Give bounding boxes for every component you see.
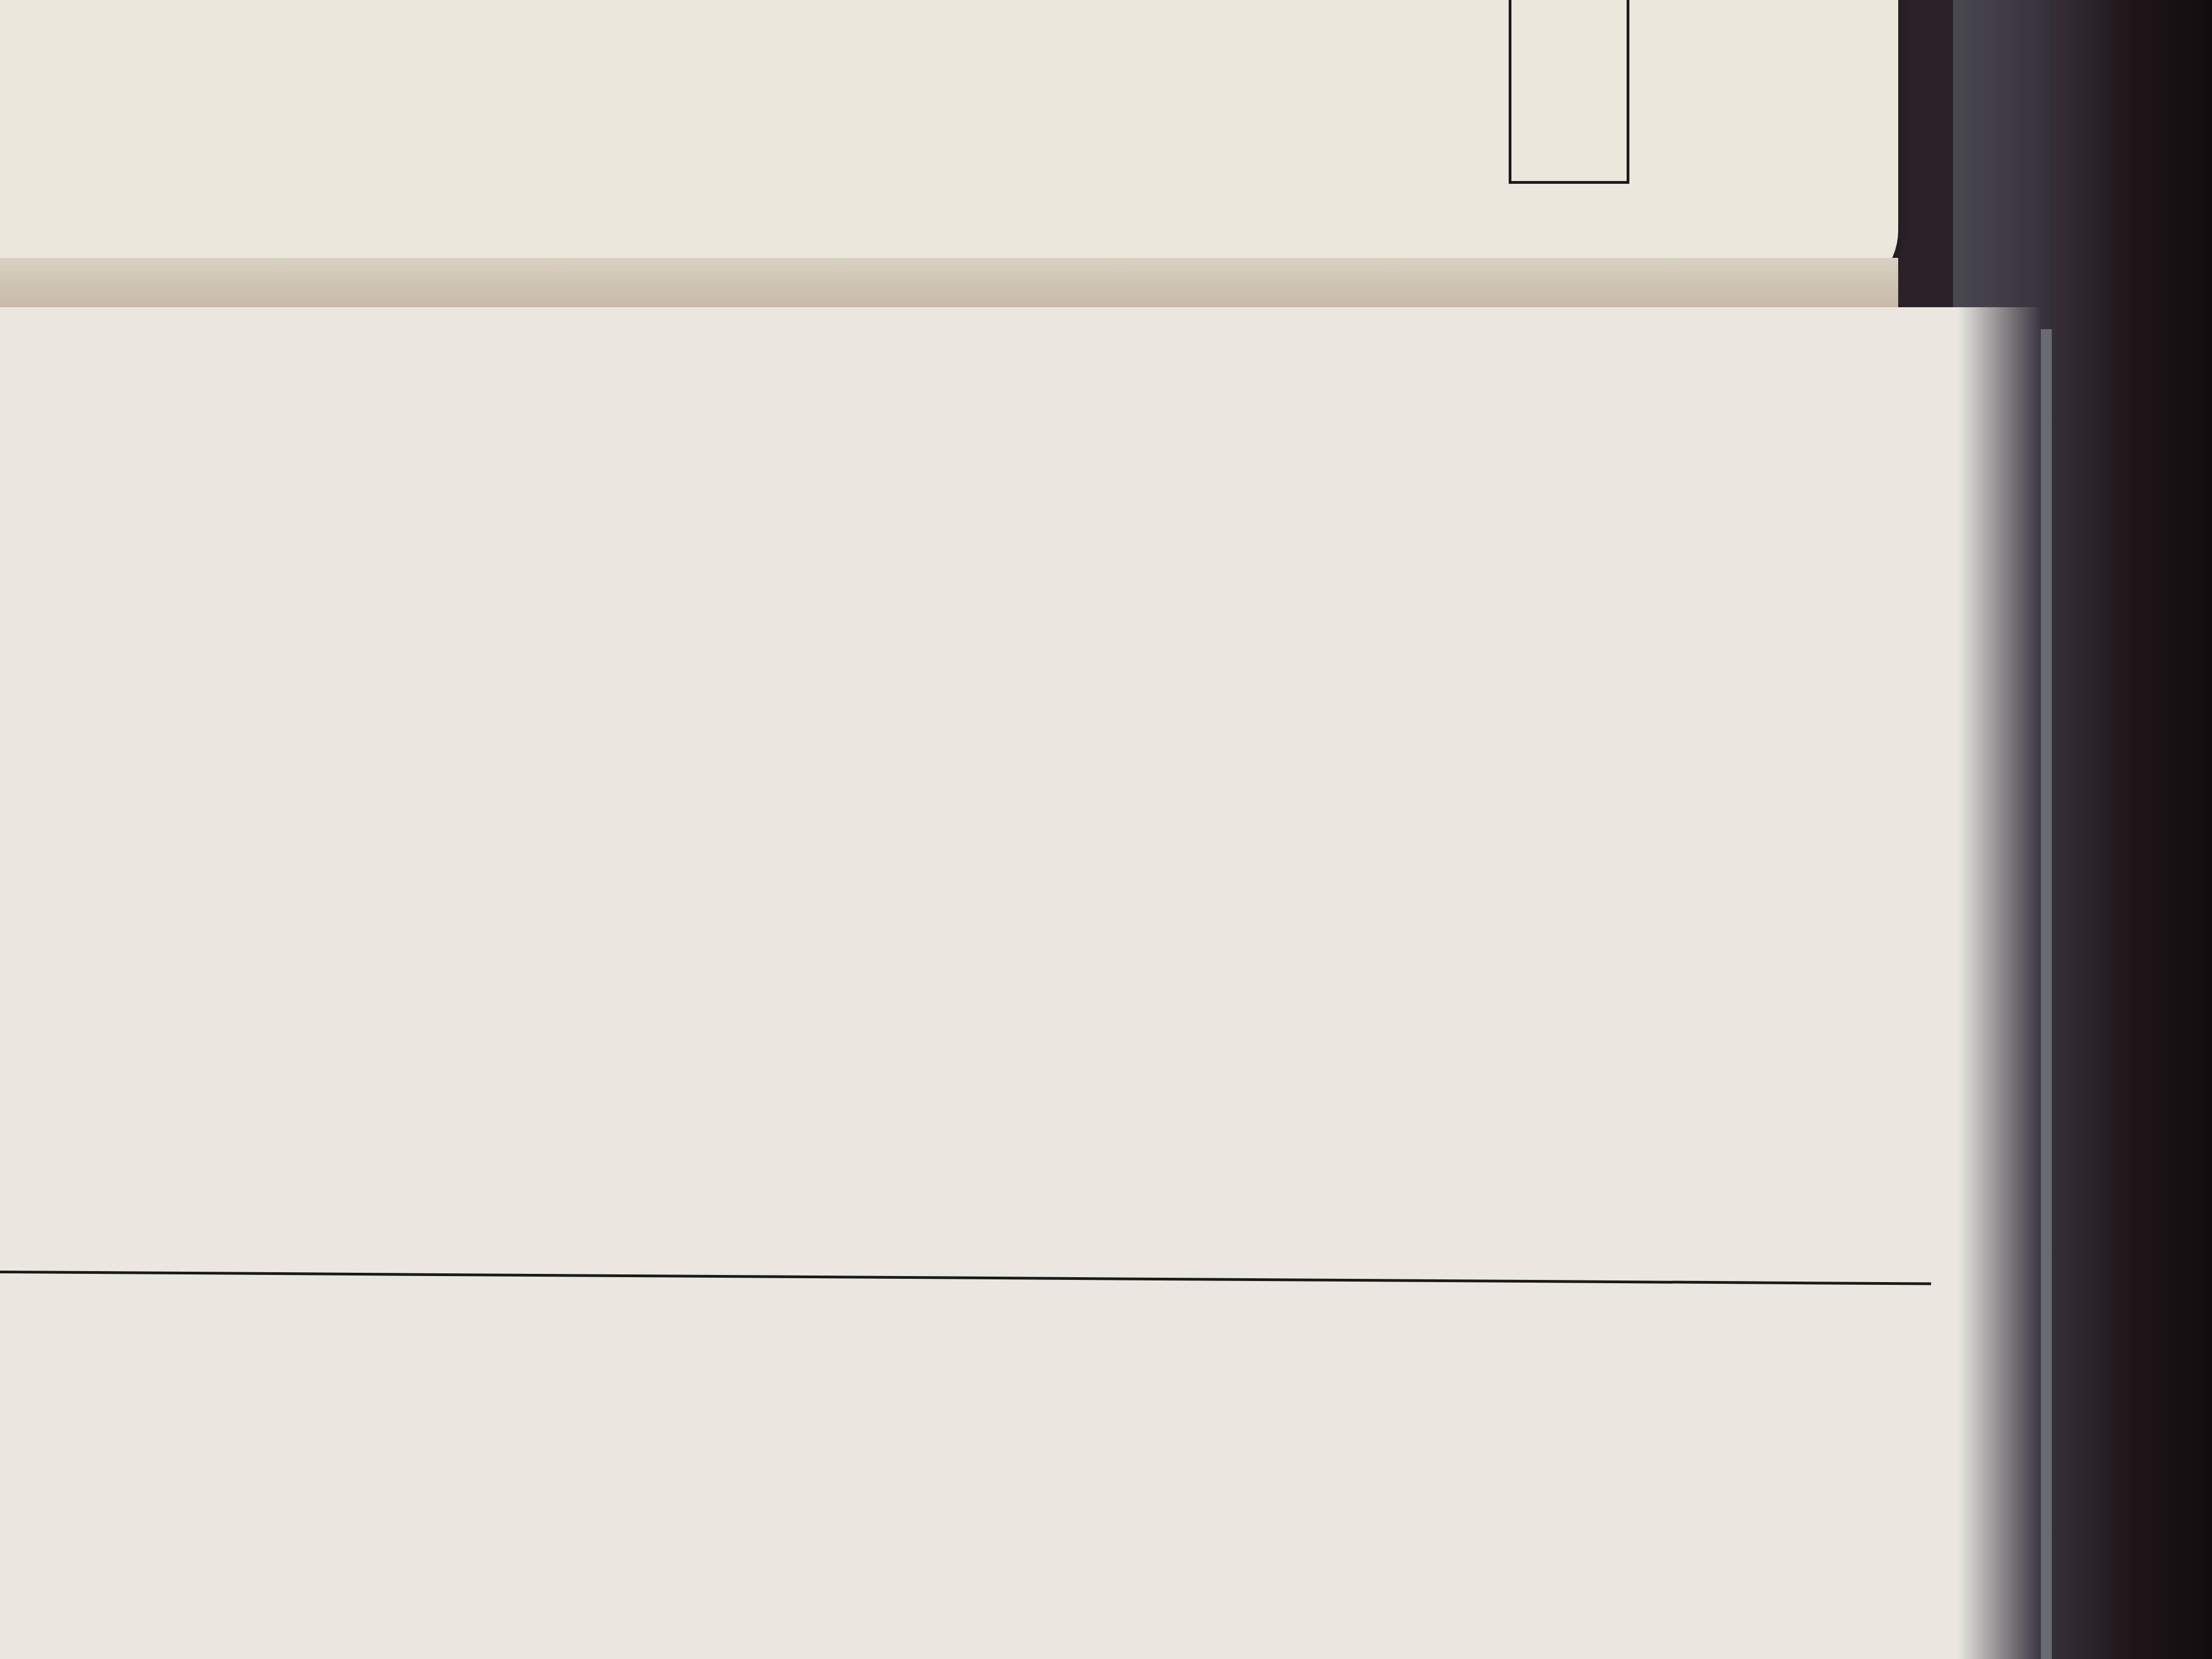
advertisement-box [1509,0,1629,184]
column-divider [0,1271,1931,1285]
top-facing-page [0,0,1898,296]
main-directory-page [0,307,2041,1659]
